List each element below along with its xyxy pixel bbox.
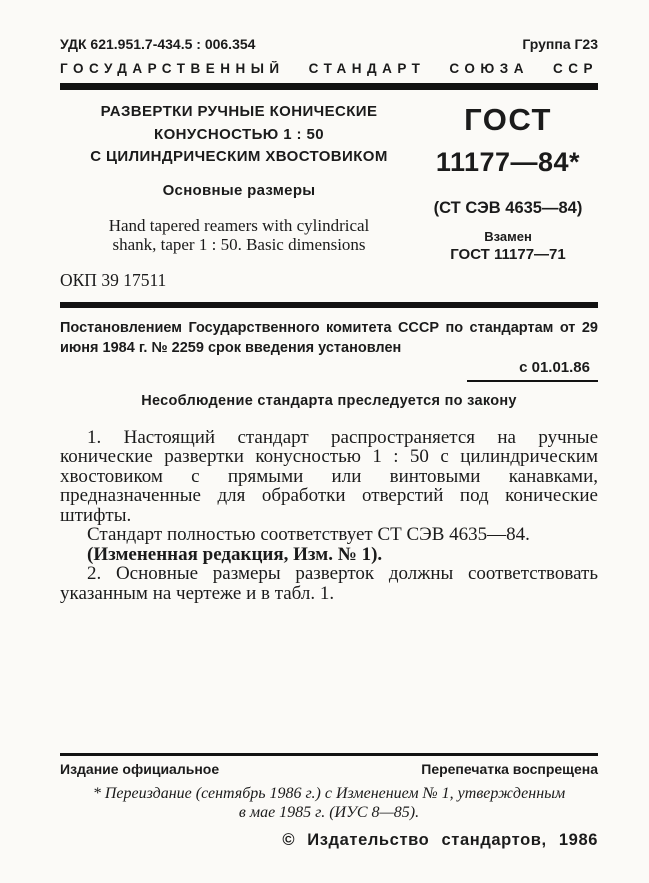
udk-code: УДК 621.951.7-434.5 : 006.354	[60, 36, 255, 52]
gost-label: ГОСТ	[418, 102, 598, 138]
reissue-footnote: * Переиздание (сентябрь 1986 г.) с Измен…	[60, 784, 598, 822]
footnote-line-2: в мае 1985 г. (ИУС 8—85).	[60, 803, 598, 822]
okp-code: ОКП 39 17511	[60, 270, 418, 291]
title-english-line-2: shank, taper 1 : 50. Basic dimensions	[60, 235, 418, 255]
official-edition-label: Издание официальное	[60, 761, 219, 777]
replaces-label: Взамен	[418, 229, 598, 244]
footer-row: Издание официальное Перепечатка воспреще…	[60, 761, 598, 777]
document-page: УДК 621.951.7-434.5 : 006.354 Группа Г23…	[0, 0, 649, 883]
decree-paragraph: Постановлением Государственного комитета…	[60, 318, 598, 358]
effective-date: с 01.01.86	[467, 359, 598, 382]
reprint-notice: Перепечатка воспрещена	[421, 761, 598, 777]
title-line-1: РАЗВЕРТКИ РУЧНЫЕ КОНИЧЕСКИЕ	[60, 101, 418, 124]
title-right-column: ГОСТ 11177—84* (СТ СЭВ 4635—84) Взамен Г…	[418, 101, 598, 291]
law-notice: Несоблюдение стандарта преследуется по з…	[60, 393, 598, 409]
state-standard-heading: ГОСУДАРСТВЕННЫЙ СТАНДАРТ СОЮЗА ССР	[60, 61, 598, 76]
footnote-line-1: * Переиздание (сентябрь 1986 г.) с Измен…	[60, 784, 598, 803]
paragraph-3-amended: (Измененная редакция, Изм. № 1).	[60, 545, 598, 565]
title-line-3: С ЦИЛИНДРИЧЕСКИМ ХВОСТОВИКОМ	[60, 146, 418, 169]
effective-date-row: с 01.01.86	[60, 359, 598, 382]
header-rule	[60, 83, 598, 90]
replaces-value: ГОСТ 11177—71	[418, 246, 598, 263]
body-text: 1. Настоящий стандарт распространяется н…	[60, 428, 598, 604]
meta-row: УДК 621.951.7-434.5 : 006.354 Группа Г23	[60, 36, 598, 52]
group-code: Группа Г23	[522, 36, 598, 52]
footer-rule	[60, 753, 598, 756]
title-block: РАЗВЕРТКИ РУЧНЫЕ КОНИЧЕСКИЕ КОНУСНОСТЬЮ …	[60, 101, 598, 291]
paragraph-1: 1. Настоящий стандарт распространяется н…	[60, 428, 598, 526]
paragraph-4: 2. Основные размеры разверток должны соо…	[60, 564, 598, 603]
title-line-2: КОНУСНОСТЬЮ 1 : 50	[60, 124, 418, 147]
title-bottom-rule	[60, 302, 598, 308]
page-footer: Издание официальное Перепечатка воспреще…	[60, 753, 598, 850]
page-content: УДК 621.951.7-434.5 : 006.354 Группа Г23…	[60, 0, 598, 603]
gost-number: 11177—84*	[418, 147, 598, 178]
title-english: Hand tapered reamers with cylindrical sh…	[60, 216, 418, 255]
subtitle: Основные размеры	[60, 182, 418, 199]
title-english-line-1: Hand tapered reamers with cylindrical	[60, 216, 418, 236]
st-sev-reference: (СТ СЭВ 4635—84)	[418, 199, 598, 218]
title-left-column: РАЗВЕРТКИ РУЧНЫЕ КОНИЧЕСКИЕ КОНУСНОСТЬЮ …	[60, 101, 418, 291]
copyright-line: © Издательство стандартов, 1986	[60, 831, 598, 850]
paragraph-2: Стандарт полностью соответствует СТ СЭВ …	[60, 525, 598, 545]
